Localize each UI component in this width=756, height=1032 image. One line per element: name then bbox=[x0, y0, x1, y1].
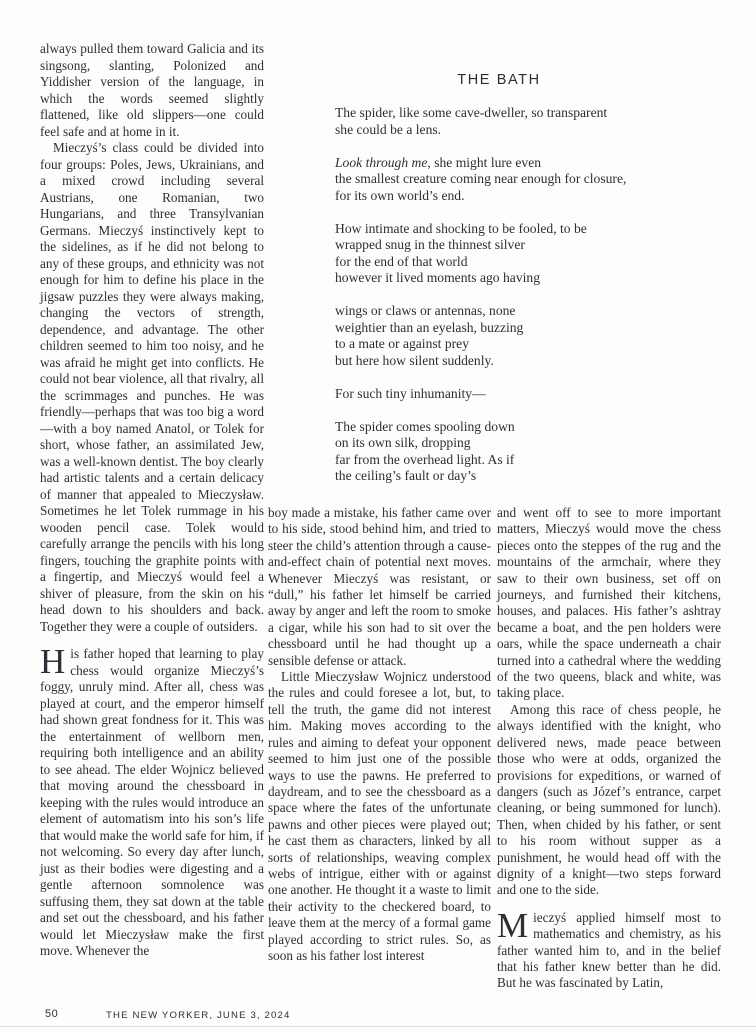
poem-title: THE BATH bbox=[268, 72, 730, 88]
paragraph: Mieczyś’s class could be divided into fo… bbox=[40, 140, 264, 635]
poem-line: How intimate and shocking to be fooled, … bbox=[335, 221, 730, 238]
poem-line: for the end of that world bbox=[335, 254, 730, 271]
poem-line: For such tiny inhumanity— bbox=[335, 386, 730, 403]
paragraph: and went off to see to more important ma… bbox=[497, 505, 721, 702]
poem-line: for its own world’s end. bbox=[335, 188, 730, 205]
paragraph-with-dropcap: His father hoped that learning to play c… bbox=[40, 646, 264, 960]
poem-line: the smallest creature coming near enough… bbox=[335, 171, 730, 188]
paragraph: boy made a mistake, his father came over… bbox=[268, 505, 491, 669]
poem-stanza: Look through me, she might lure even the… bbox=[335, 155, 730, 205]
scan-edge-artifact bbox=[0, 1026, 756, 1027]
poem-line: The spider comes spooling down bbox=[335, 419, 730, 436]
paragraph: always pulled them toward Galicia and it… bbox=[40, 41, 264, 140]
poem-line: wrapped snug in the thinnest silver bbox=[335, 237, 730, 254]
poem-stanza: wings or claws or antennas, none weighti… bbox=[335, 303, 730, 369]
poem-line: to a mate or against prey bbox=[335, 336, 730, 353]
poem-line: Look through me, she might lure even bbox=[335, 155, 730, 172]
poem: THE BATH The spider, like some cave-dwel… bbox=[268, 72, 730, 501]
poem-line: but here how silent suddenly. bbox=[335, 353, 730, 370]
poem-stanza: For such tiny inhumanity— bbox=[335, 386, 730, 403]
poem-line-rest: , she might lure even bbox=[427, 155, 541, 170]
poem-italic-phrase: Look through me bbox=[335, 155, 427, 170]
poem-line: however it lived moments ago having bbox=[335, 270, 730, 287]
paragraph: Little Mieczysław Wojnicz understood the… bbox=[268, 669, 491, 964]
paragraph: Among this race of chess people, he alwa… bbox=[497, 702, 721, 899]
poem-line: weightier than an eyelash, buzzing bbox=[335, 320, 730, 337]
page-number: 50 bbox=[45, 1008, 58, 1020]
poem-line: on its own silk, dropping bbox=[335, 435, 730, 452]
paragraph-with-dropcap: Mieczyś applied himself most to mathemat… bbox=[497, 910, 721, 992]
poem-stanza: How intimate and shocking to be fooled, … bbox=[335, 221, 730, 287]
right-column: and went off to see to more important ma… bbox=[497, 505, 721, 992]
poem-line: The spider, like some cave-dweller, so t… bbox=[335, 105, 730, 122]
poem-line: far from the overhead light. As if bbox=[335, 452, 730, 469]
poem-stanza: The spider comes spooling down on its ow… bbox=[335, 419, 730, 485]
poem-stanza: The spider, like some cave-dweller, so t… bbox=[335, 105, 730, 138]
drop-cap-letter: H bbox=[40, 646, 70, 676]
paragraph-text: is father hoped that learning to play ch… bbox=[40, 646, 264, 958]
poem-line: the ceiling’s fault or day’s bbox=[335, 468, 730, 485]
poem-line: she could be a lens. bbox=[335, 122, 730, 139]
drop-cap-letter: M bbox=[497, 910, 533, 940]
left-column: always pulled them toward Galicia and it… bbox=[40, 41, 264, 960]
issue-line: THE NEW YORKER, JUNE 3, 2024 bbox=[106, 1010, 291, 1021]
middle-column: boy made a mistake, his father came over… bbox=[268, 505, 491, 964]
magazine-page: always pulled them toward Galicia and it… bbox=[0, 0, 756, 1032]
poem-body: The spider, like some cave-dweller, so t… bbox=[335, 105, 730, 485]
poem-line: wings or claws or antennas, none bbox=[335, 303, 730, 320]
